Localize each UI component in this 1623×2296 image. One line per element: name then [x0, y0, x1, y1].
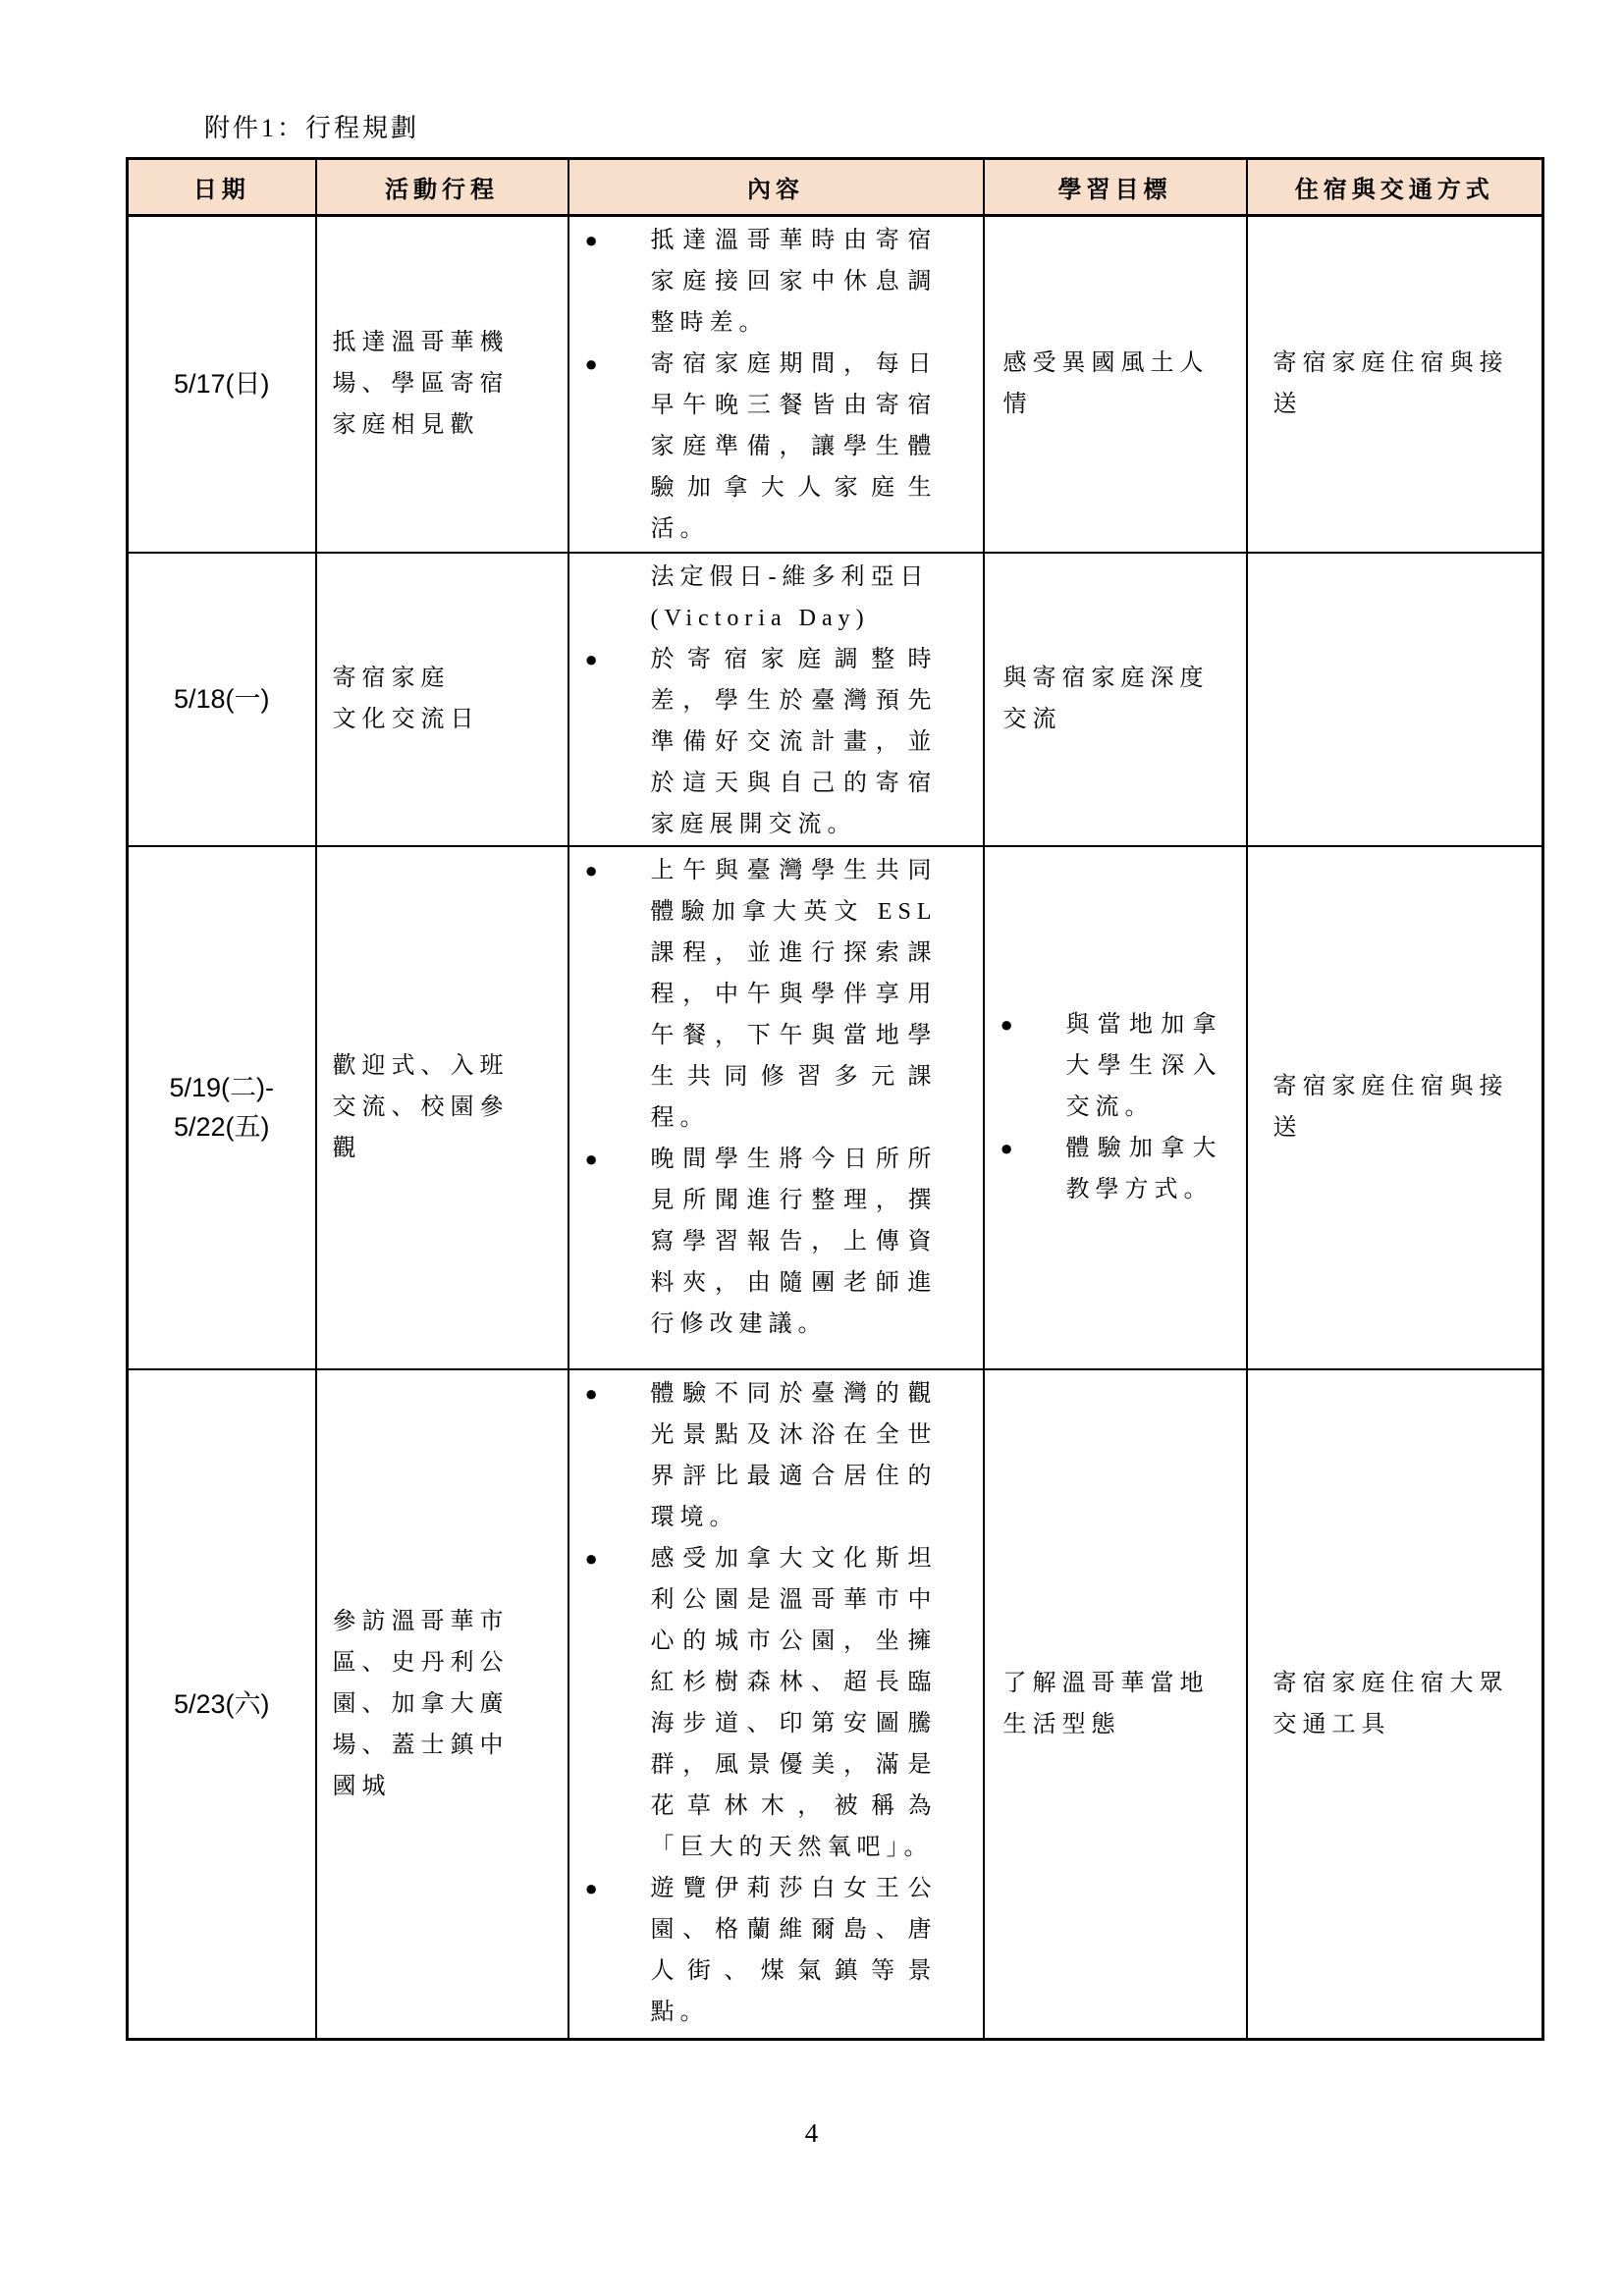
bullet-icon: ●: [1001, 1004, 1013, 1045]
bullet-item: ●與當地加拿大學生深入交流。: [985, 1004, 1246, 1128]
bullet-item: ●抵達溫哥華時由寄宿家庭接回家中休息調整時差。: [569, 220, 983, 344]
item-text: 抵達溫哥華時由寄宿家庭接回家中休息調整時差。: [651, 228, 938, 336]
item-text: 於寄宿家庭調整時差，學生於臺灣預先準備好交流計畫，並於這天與自己的寄宿家庭展開交…: [651, 647, 938, 837]
table-header-row: 日期活動行程內容學習目標住宿與交通方式: [128, 159, 1543, 216]
bullet-item: ●感受加拿大文化斯坦利公園是溫哥華市中心的城市公園，坐擁紅杉樹森林、超長臨海步道…: [569, 1538, 983, 1868]
item-text: 感受加拿大文化斯坦利公園是溫哥華市中心的城市公園，坐擁紅杉樹森林、超長臨海步道、…: [651, 1546, 938, 1860]
bullet-icon: ●: [585, 850, 598, 891]
content-cell: ●體驗不同於臺灣的觀光景點及沐浴在全世界評比最適合居住的環境。●感受加拿大文化斯…: [568, 1369, 984, 2040]
bullet-item: ●體驗不同於臺灣的觀光景點及沐浴在全世界評比最適合居住的環境。: [569, 1373, 983, 1538]
goal-text: 與寄宿家庭深度交流: [985, 658, 1246, 740]
bullet-icon: ●: [1001, 1128, 1013, 1169]
goals-cell: 了解溫哥華當地生活型態: [984, 1369, 1247, 2040]
lodging-cell: [1247, 553, 1543, 846]
page-number: 4: [0, 2118, 1623, 2149]
itinerary-table: 日期活動行程內容學習目標住宿與交通方式5/17(日)抵達溫哥華機場、學區寄宿家庭…: [126, 157, 1544, 2041]
activity-cell: 參訪溫哥華市區、史丹利公園、加拿大廣場、蓋士鎮中國城: [316, 1369, 568, 2040]
goal-text: 感受異國風土人情: [985, 343, 1246, 425]
table-row: 5/17(日)抵達溫哥華機場、學區寄宿家庭相見歡●抵達溫哥華時由寄宿家庭接回家中…: [128, 216, 1543, 553]
activity-cell: 抵達溫哥華機場、學區寄宿家庭相見歡: [316, 216, 568, 553]
bullet-item: ●遊覽伊莉莎白女王公園、格蘭維爾島、唐人街、煤氣鎮等景點。: [569, 1868, 983, 2033]
header-cell-2: 內容: [568, 159, 984, 216]
bullet-item: ●體驗加拿大教學方式。: [985, 1128, 1246, 1210]
item-text: 與當地加拿大學生深入交流。: [1066, 1012, 1222, 1120]
lodging-text: 寄宿家庭住宿與接送: [1248, 1066, 1542, 1148]
item-text: 晚間學生將今日所所見所聞進行整理，撰寫學習報告，上傳資料夾，由隨團老師進行修改建…: [651, 1147, 938, 1337]
bullet-icon: ●: [585, 1373, 598, 1415]
header-cell-1: 活動行程: [316, 159, 568, 216]
bullet-icon: ●: [585, 1139, 598, 1180]
bullet-icon: ●: [585, 220, 598, 261]
activity-text: 歡迎式、入班交流、校園參觀: [317, 1045, 568, 1169]
goals-cell: ●與當地加拿大學生深入交流。●體驗加拿大教學方式。: [984, 846, 1247, 1369]
page-title: 附件1：行程規劃: [204, 108, 419, 144]
item-text: 法定假日-維多利亞日 (Victoria Day): [651, 564, 930, 631]
date-cell: 5/23(六): [128, 1369, 316, 2040]
activity-text: 參訪溫哥華市區、史丹利公園、加拿大廣場、蓋士鎮中國城: [317, 1601, 568, 1807]
activity-text: 寄宿家庭 文化交流日: [317, 658, 568, 740]
bullet-icon: ●: [585, 1538, 598, 1579]
item-text: 體驗加拿大教學方式。: [1066, 1136, 1222, 1202]
item-text: 體驗不同於臺灣的觀光景點及沐浴在全世界評比最適合居住的環境。: [651, 1381, 938, 1530]
goal-text: 了解溫哥華當地生活型態: [985, 1663, 1246, 1745]
bullet-item: ●於寄宿家庭調整時差，學生於臺灣預先準備好交流計畫，並於這天與自己的寄宿家庭展開…: [569, 639, 983, 845]
itinerary-table-body: 日期活動行程內容學習目標住宿與交通方式5/17(日)抵達溫哥華機場、學區寄宿家庭…: [128, 159, 1543, 2040]
text-item: 法定假日-維多利亞日 (Victoria Day): [569, 557, 983, 639]
lodging-text: 寄宿家庭住宿大眾交通工具: [1248, 1663, 1542, 1745]
content-cell: ●抵達溫哥華時由寄宿家庭接回家中休息調整時差。●寄宿家庭期間，每日早午晚三餐皆由…: [568, 216, 984, 553]
date-cell: 5/19(二)- 5/22(五): [128, 846, 316, 1369]
bullet-item: ●晚間學生將今日所所見所聞進行整理，撰寫學習報告，上傳資料夾，由隨團老師進行修改…: [569, 1139, 983, 1345]
activity-text: 抵達溫哥華機場、學區寄宿家庭相見歡: [317, 322, 568, 446]
header-cell-0: 日期: [128, 159, 316, 216]
bullet-icon: ●: [585, 1868, 598, 1909]
item-text: 遊覽伊莉莎白女王公園、格蘭維爾島、唐人街、煤氣鎮等景點。: [651, 1876, 938, 2025]
bullet-icon: ●: [585, 639, 598, 680]
bullet-item: ●上午與臺灣學生共同體驗加拿大英文 ESL 課程，並進行探索課程，中午與學伴享用…: [569, 850, 983, 1139]
content-cell: ●上午與臺灣學生共同體驗加拿大英文 ESL 課程，並進行探索課程，中午與學伴享用…: [568, 846, 984, 1369]
table-row: 5/19(二)- 5/22(五)歡迎式、入班交流、校園參觀●上午與臺灣學生共同體…: [128, 846, 1543, 1369]
activity-cell: 寄宿家庭 文化交流日: [316, 553, 568, 846]
date-cell: 5/18(一): [128, 553, 316, 846]
lodging-cell: 寄宿家庭住宿與接送: [1247, 846, 1543, 1369]
goals-cell: 與寄宿家庭深度交流: [984, 553, 1247, 846]
bullet-icon: ●: [585, 344, 598, 385]
table-row: 5/18(一)寄宿家庭 文化交流日法定假日-維多利亞日 (Victoria Da…: [128, 553, 1543, 846]
table-row: 5/23(六)參訪溫哥華市區、史丹利公園、加拿大廣場、蓋士鎮中國城●體驗不同於臺…: [128, 1369, 1543, 2040]
bullet-item: ●寄宿家庭期間，每日早午晚三餐皆由寄宿家庭準備，讓學生體驗加拿大人家庭生活。: [569, 344, 983, 550]
date-cell: 5/17(日): [128, 216, 316, 553]
header-cell-4: 住宿與交通方式: [1247, 159, 1543, 216]
item-text: 寄宿家庭期間，每日早午晚三餐皆由寄宿家庭準備，讓學生體驗加拿大人家庭生活。: [651, 351, 938, 542]
lodging-text: 寄宿家庭住宿與接送: [1248, 343, 1542, 425]
content-cell: 法定假日-維多利亞日 (Victoria Day)●於寄宿家庭調整時差，學生於臺…: [568, 553, 984, 846]
goals-cell: 感受異國風土人情: [984, 216, 1247, 553]
lodging-cell: 寄宿家庭住宿大眾交通工具: [1247, 1369, 1543, 2040]
activity-cell: 歡迎式、入班交流、校園參觀: [316, 846, 568, 1369]
header-cell-3: 學習目標: [984, 159, 1247, 216]
lodging-cell: 寄宿家庭住宿與接送: [1247, 216, 1543, 553]
document-page: 附件1：行程規劃 日期活動行程內容學習目標住宿與交通方式5/17(日)抵達溫哥華…: [0, 0, 1623, 2296]
item-text: 上午與臺灣學生共同體驗加拿大英文 ESL 課程，並進行探索課程，中午與學伴享用午…: [651, 858, 938, 1131]
